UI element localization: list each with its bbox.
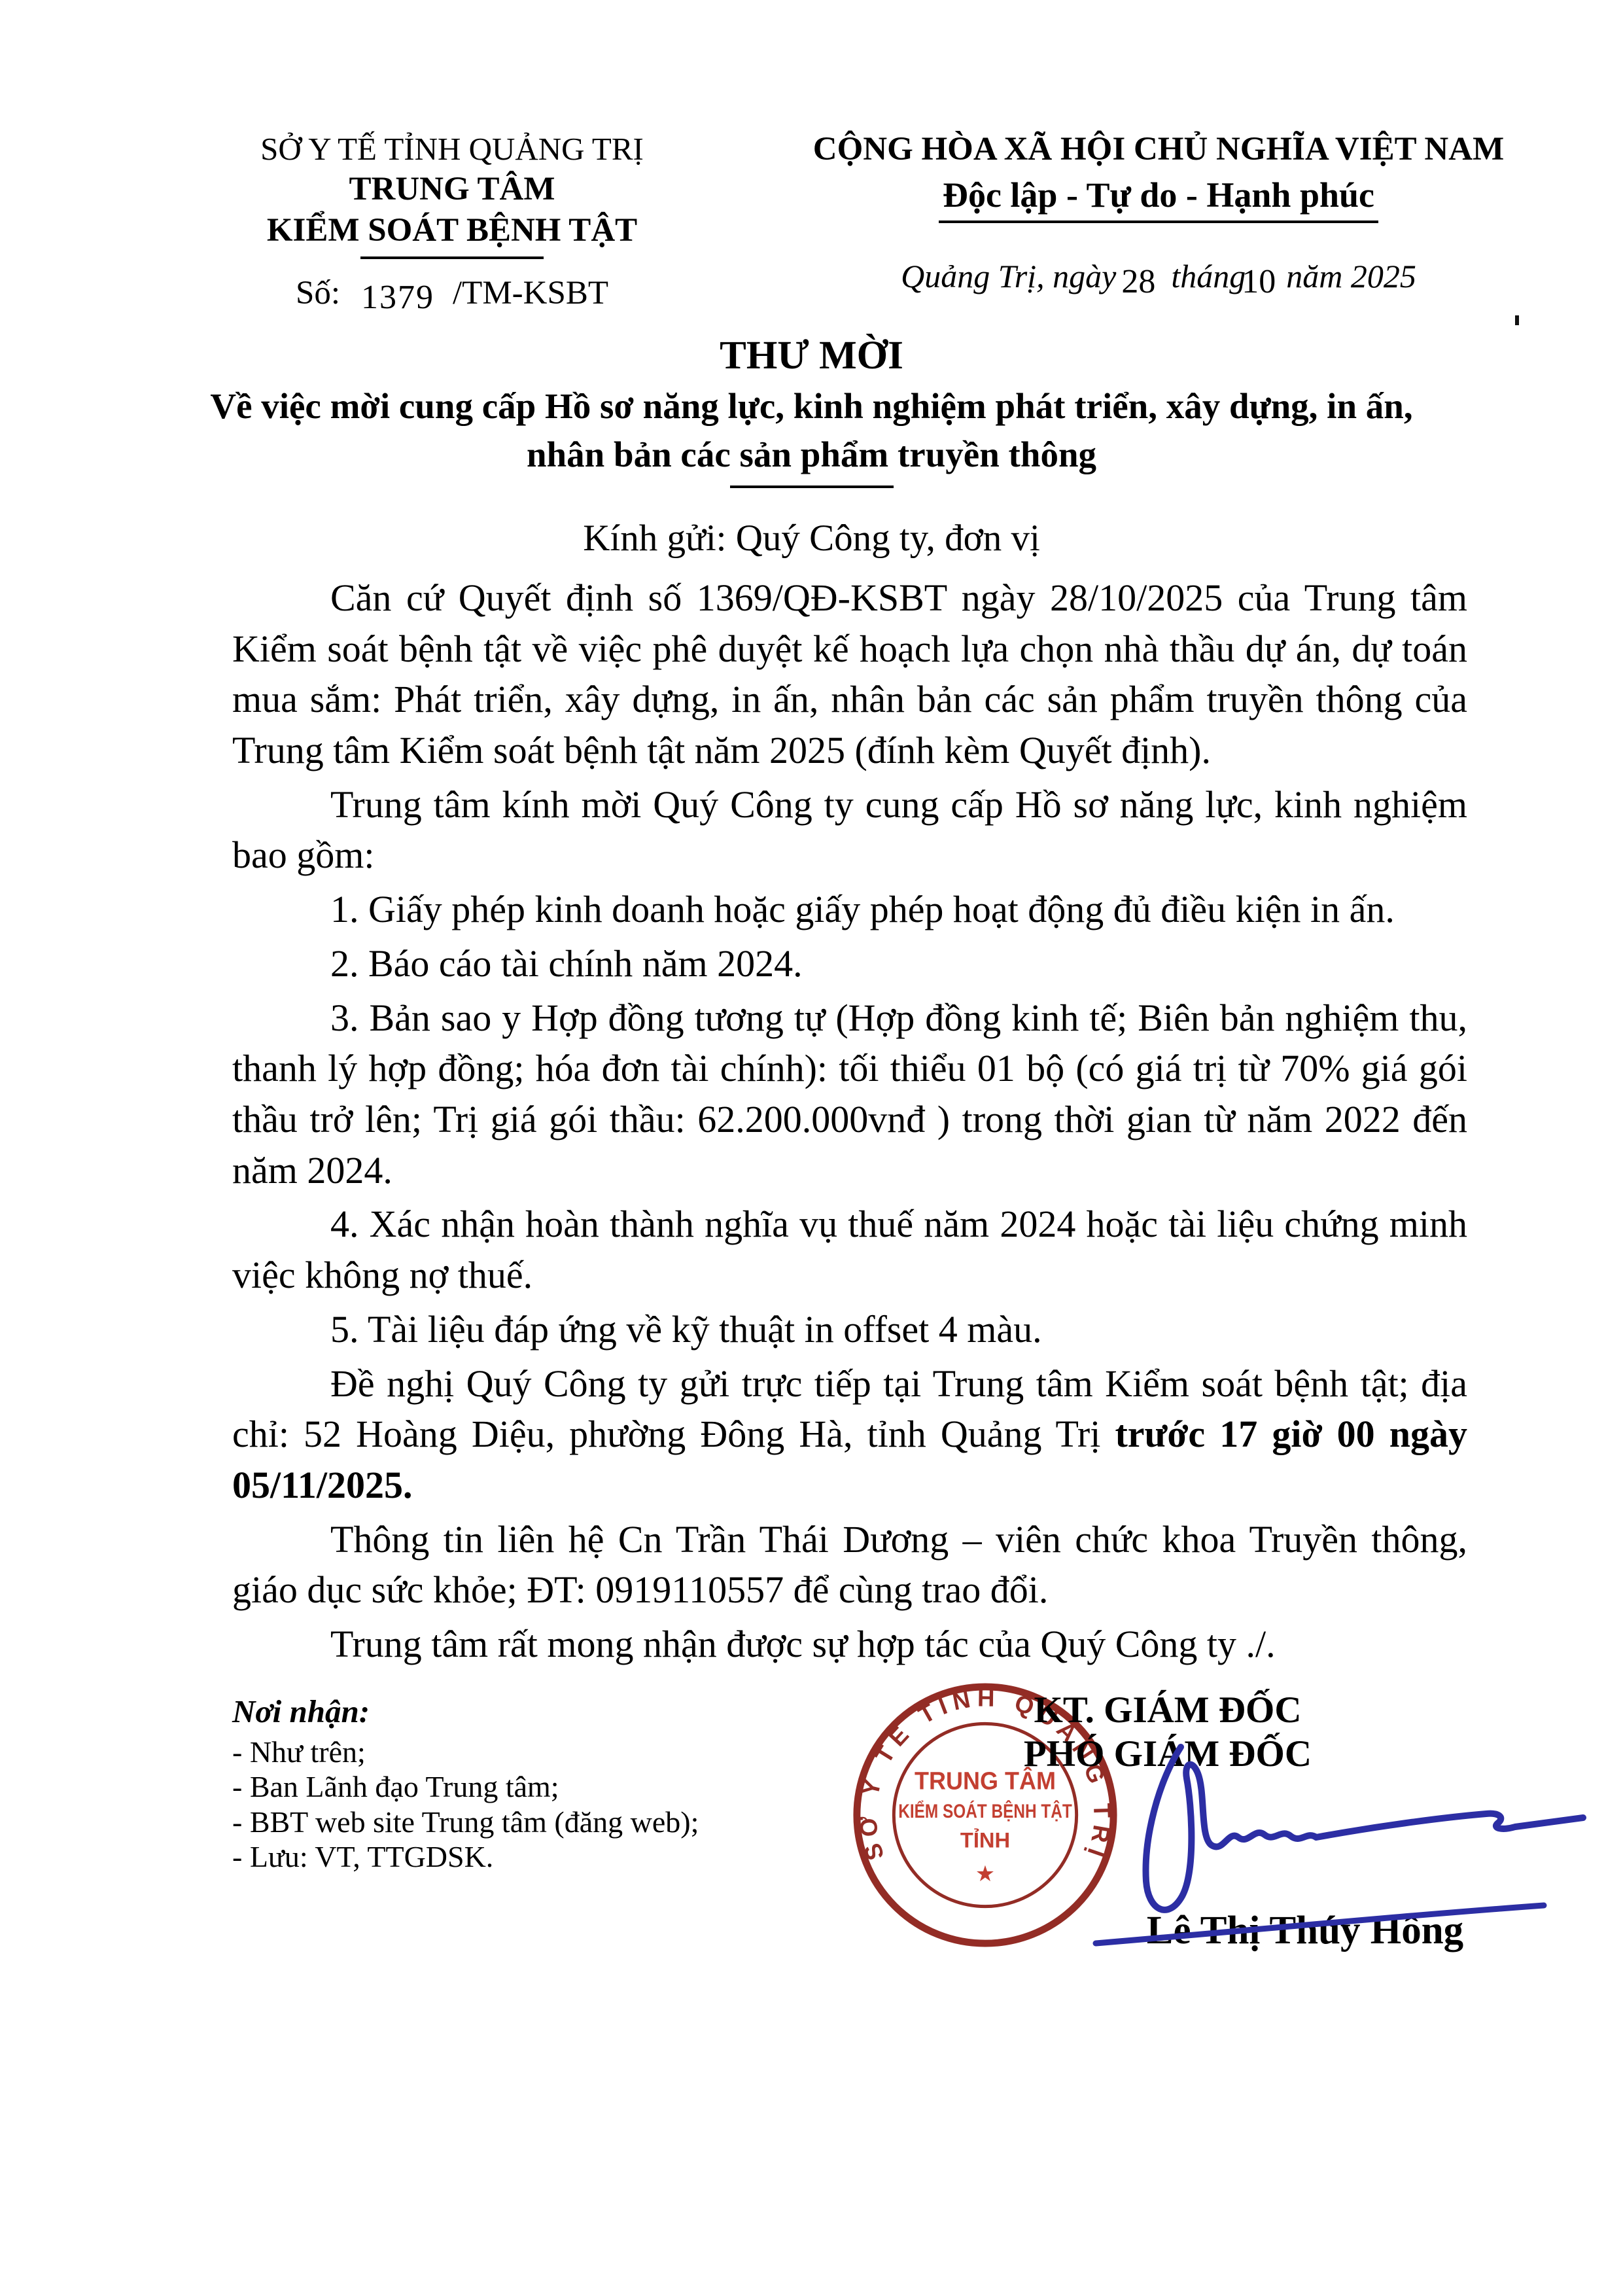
issuing-agency-block: SỞ Y TẾ TỈNH QUẢNG TRỊ TRUNG TÂM KIỂM SO…	[232, 130, 672, 312]
list-item-3: 3. Bản sao y Hợp đồng tương tự (Hợp đồng…	[232, 993, 1467, 1196]
agency-name-line2: KIỂM SOÁT BỆNH TẬT	[232, 210, 672, 251]
salutation: Kính gửi: Quý Công ty, đơn vị	[0, 517, 1623, 559]
date-suffix: năm 2025	[1286, 258, 1416, 294]
letter-body: Căn cứ Quyết định số 1369/QĐ-KSBT ngày 2…	[0, 559, 1623, 1670]
number-code: /TM-KSBT	[453, 275, 608, 311]
paragraph-contact: Thông tin liên hệ Cn Trần Thái Dương – v…	[232, 1514, 1467, 1616]
national-motto-block: CỘNG HÒA XÃ HỘI CHỦ NGHĨA VIỆT NAM Độc l…	[786, 130, 1531, 312]
scan-artifact-mark	[1515, 315, 1519, 325]
seal-center-line3: TỈNH	[960, 1828, 1010, 1852]
agency-name-line1: TRUNG TÂM	[232, 169, 672, 210]
number-label: Số:	[296, 275, 340, 311]
list-item-5: 5. Tài liệu đáp ứng về kỹ thuật in offse…	[232, 1304, 1467, 1355]
recipients-title: Nơi nhận:	[232, 1693, 699, 1731]
document-page: SỞ Y TẾ TỈNH QUẢNG TRỊ TRUNG TÂM KIỂM SO…	[0, 0, 1623, 2296]
recipient-item: - Như trên;	[232, 1735, 699, 1769]
agency-underline	[360, 256, 544, 259]
document-number-line: Số:1379/TM-KSBT	[232, 274, 672, 312]
document-title: THƯ MỜI	[0, 332, 1623, 380]
recipient-item: - BBT web site Trung tâm (đăng web);	[232, 1805, 699, 1839]
date-day: 28	[1121, 263, 1155, 300]
date-month: 10	[1242, 263, 1276, 300]
parent-agency: SỞ Y TẾ TỈNH QUẢNG TRỊ	[232, 130, 672, 169]
handwritten-signature	[1047, 1727, 1622, 1976]
paragraph-submission: Đề nghị Quý Công ty gửi trực tiếp tại Tr…	[232, 1358, 1467, 1511]
paragraph-invitation: Trung tâm kính mời Quý Công ty cung cấp …	[232, 779, 1467, 881]
signer-authority: KT. GIÁM ĐỐC	[952, 1688, 1384, 1732]
date-mid: tháng	[1171, 258, 1246, 294]
recipient-item: - Lưu: VT, TTGDSK.	[232, 1839, 699, 1874]
list-item-2: 2. Báo cáo tài chính năm 2024.	[232, 938, 1467, 989]
signature-stroke	[1146, 1747, 1583, 1910]
document-subtitle: Về việc mời cung cấp Hồ sơ năng lực, kin…	[200, 382, 1423, 478]
seal-star-icon: ★	[975, 1862, 995, 1886]
place-date-line: Quảng Trị, ngày28tháng10năm 2025	[786, 257, 1531, 296]
letterhead: SỞ Y TẾ TỈNH QUẢNG TRỊ TRUNG TÂM KIỂM SO…	[0, 0, 1623, 312]
motto-line: Độc lập - Tự do - Hạnh phúc	[786, 175, 1531, 223]
paragraph-basis: Căn cứ Quyết định số 1369/QĐ-KSBT ngày 2…	[232, 573, 1467, 776]
title-underline	[730, 486, 894, 488]
seal-center-line2: KIỂM SOÁT BỆNH TẬT	[898, 1800, 1072, 1822]
paragraph-closing: Trung tâm rất mong nhận được sự hợp tác …	[232, 1619, 1467, 1670]
recipient-item: - Ban Lãnh đạo Trung tâm;	[232, 1769, 699, 1804]
number-value: 1379	[361, 279, 434, 316]
list-item-4: 4. Xác nhận hoàn thành nghĩa vụ thuế năm…	[232, 1199, 1467, 1300]
motto-text: Độc lập - Tự do - Hạnh phúc	[939, 175, 1378, 223]
list-item-1: 1. Giấy phép kinh doanh hoặc giấy phép h…	[232, 884, 1467, 935]
date-prefix: Quảng Trị, ngày	[901, 258, 1116, 294]
recipients-block: Nơi nhận: - Như trên; - Ban Lãnh đạo Tru…	[232, 1693, 699, 1874]
national-title: CỘNG HÒA XÃ HỘI CHỦ NGHĨA VIỆT NAM	[786, 130, 1531, 169]
